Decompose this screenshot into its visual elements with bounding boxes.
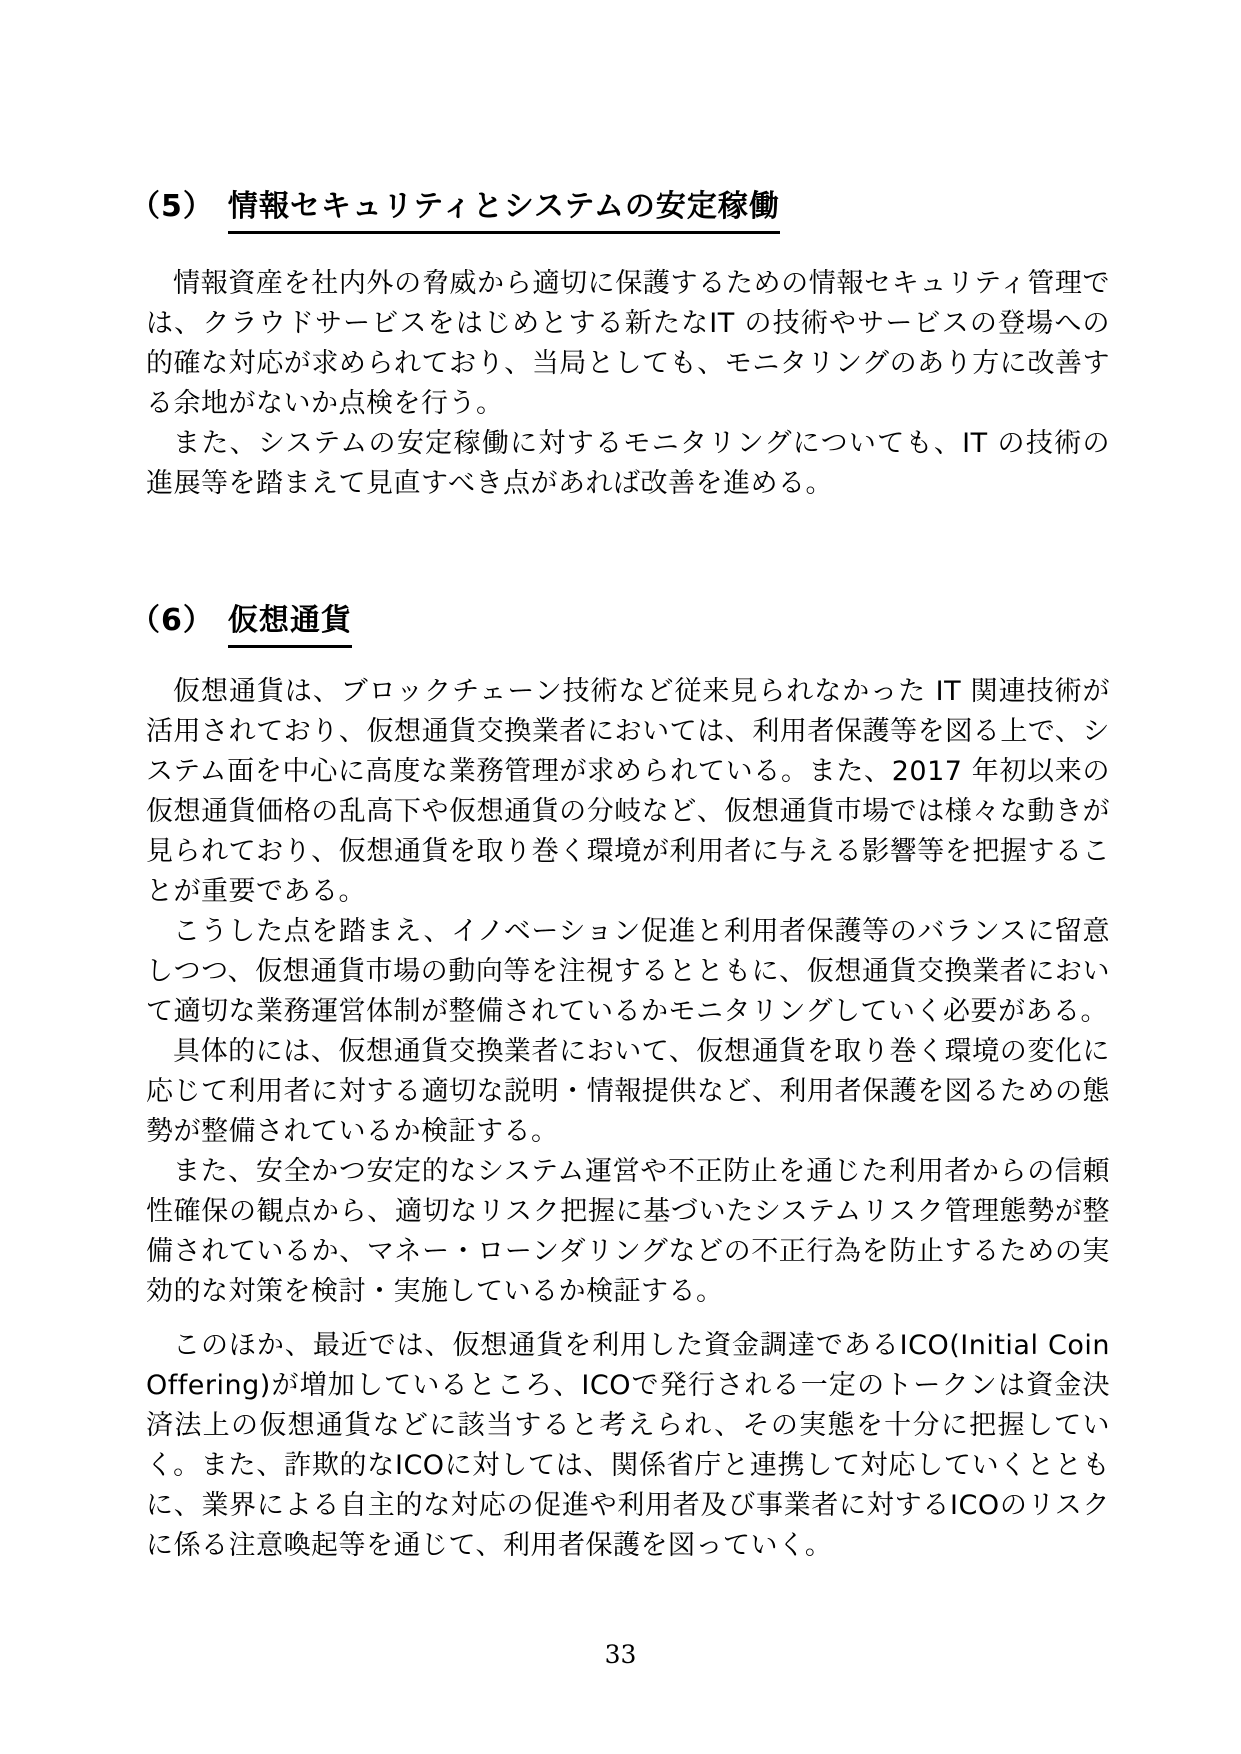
section-5-body: 情報資産を社内外の脅威から適切に保護するための情報セキュリティ管理では、クラウド… [146, 264, 1110, 504]
paragraph: また、システムの安定稼働に対するモニタリングについても、IT の技術の進展等を踏… [146, 424, 1110, 504]
paragraph: こうした点を踏まえ、イノベーション促進と利用者保護等のバランスに留意しつつ、仮想… [146, 912, 1110, 1032]
page-number: 33 [0, 1640, 1241, 1670]
section-6-body: 仮想通貨は、ブロックチェーン技術など従来見られなかった IT 関連技術が活用され… [146, 672, 1110, 1566]
section-6-number: （6） [130, 600, 214, 642]
paragraph: 具体的には、仮想通貨交換業者において、仮想通貨を取り巻く環境の変化に応じて利用者… [146, 1032, 1110, 1152]
paragraph: このほか、最近では、仮想通貨を利用した資金調達であるICO(Initial Co… [146, 1326, 1110, 1566]
section-5-title: 情報セキュリティとシステムの安定稼働 [228, 186, 780, 234]
section-5-heading: （5）情報セキュリティとシステムの安定稼働 [130, 186, 1110, 234]
paragraph: また、安全かつ安定的なシステム運営や不正防止を通じた利用者からの信頼性確保の観点… [146, 1152, 1110, 1312]
paragraph: 仮想通貨は、ブロックチェーン技術など従来見られなかった IT 関連技術が活用され… [146, 672, 1110, 912]
section-6-title: 仮想通貨 [228, 600, 352, 648]
section-5-number: （5） [130, 186, 214, 228]
paragraph: 情報資産を社内外の脅威から適切に保護するための情報セキュリティ管理では、クラウド… [146, 264, 1110, 424]
document-page: （5）情報セキュリティとシステムの安定稼働 情報資産を社内外の脅威から適切に保護… [0, 0, 1241, 1754]
section-6-heading: （6）仮想通貨 [130, 600, 1110, 648]
